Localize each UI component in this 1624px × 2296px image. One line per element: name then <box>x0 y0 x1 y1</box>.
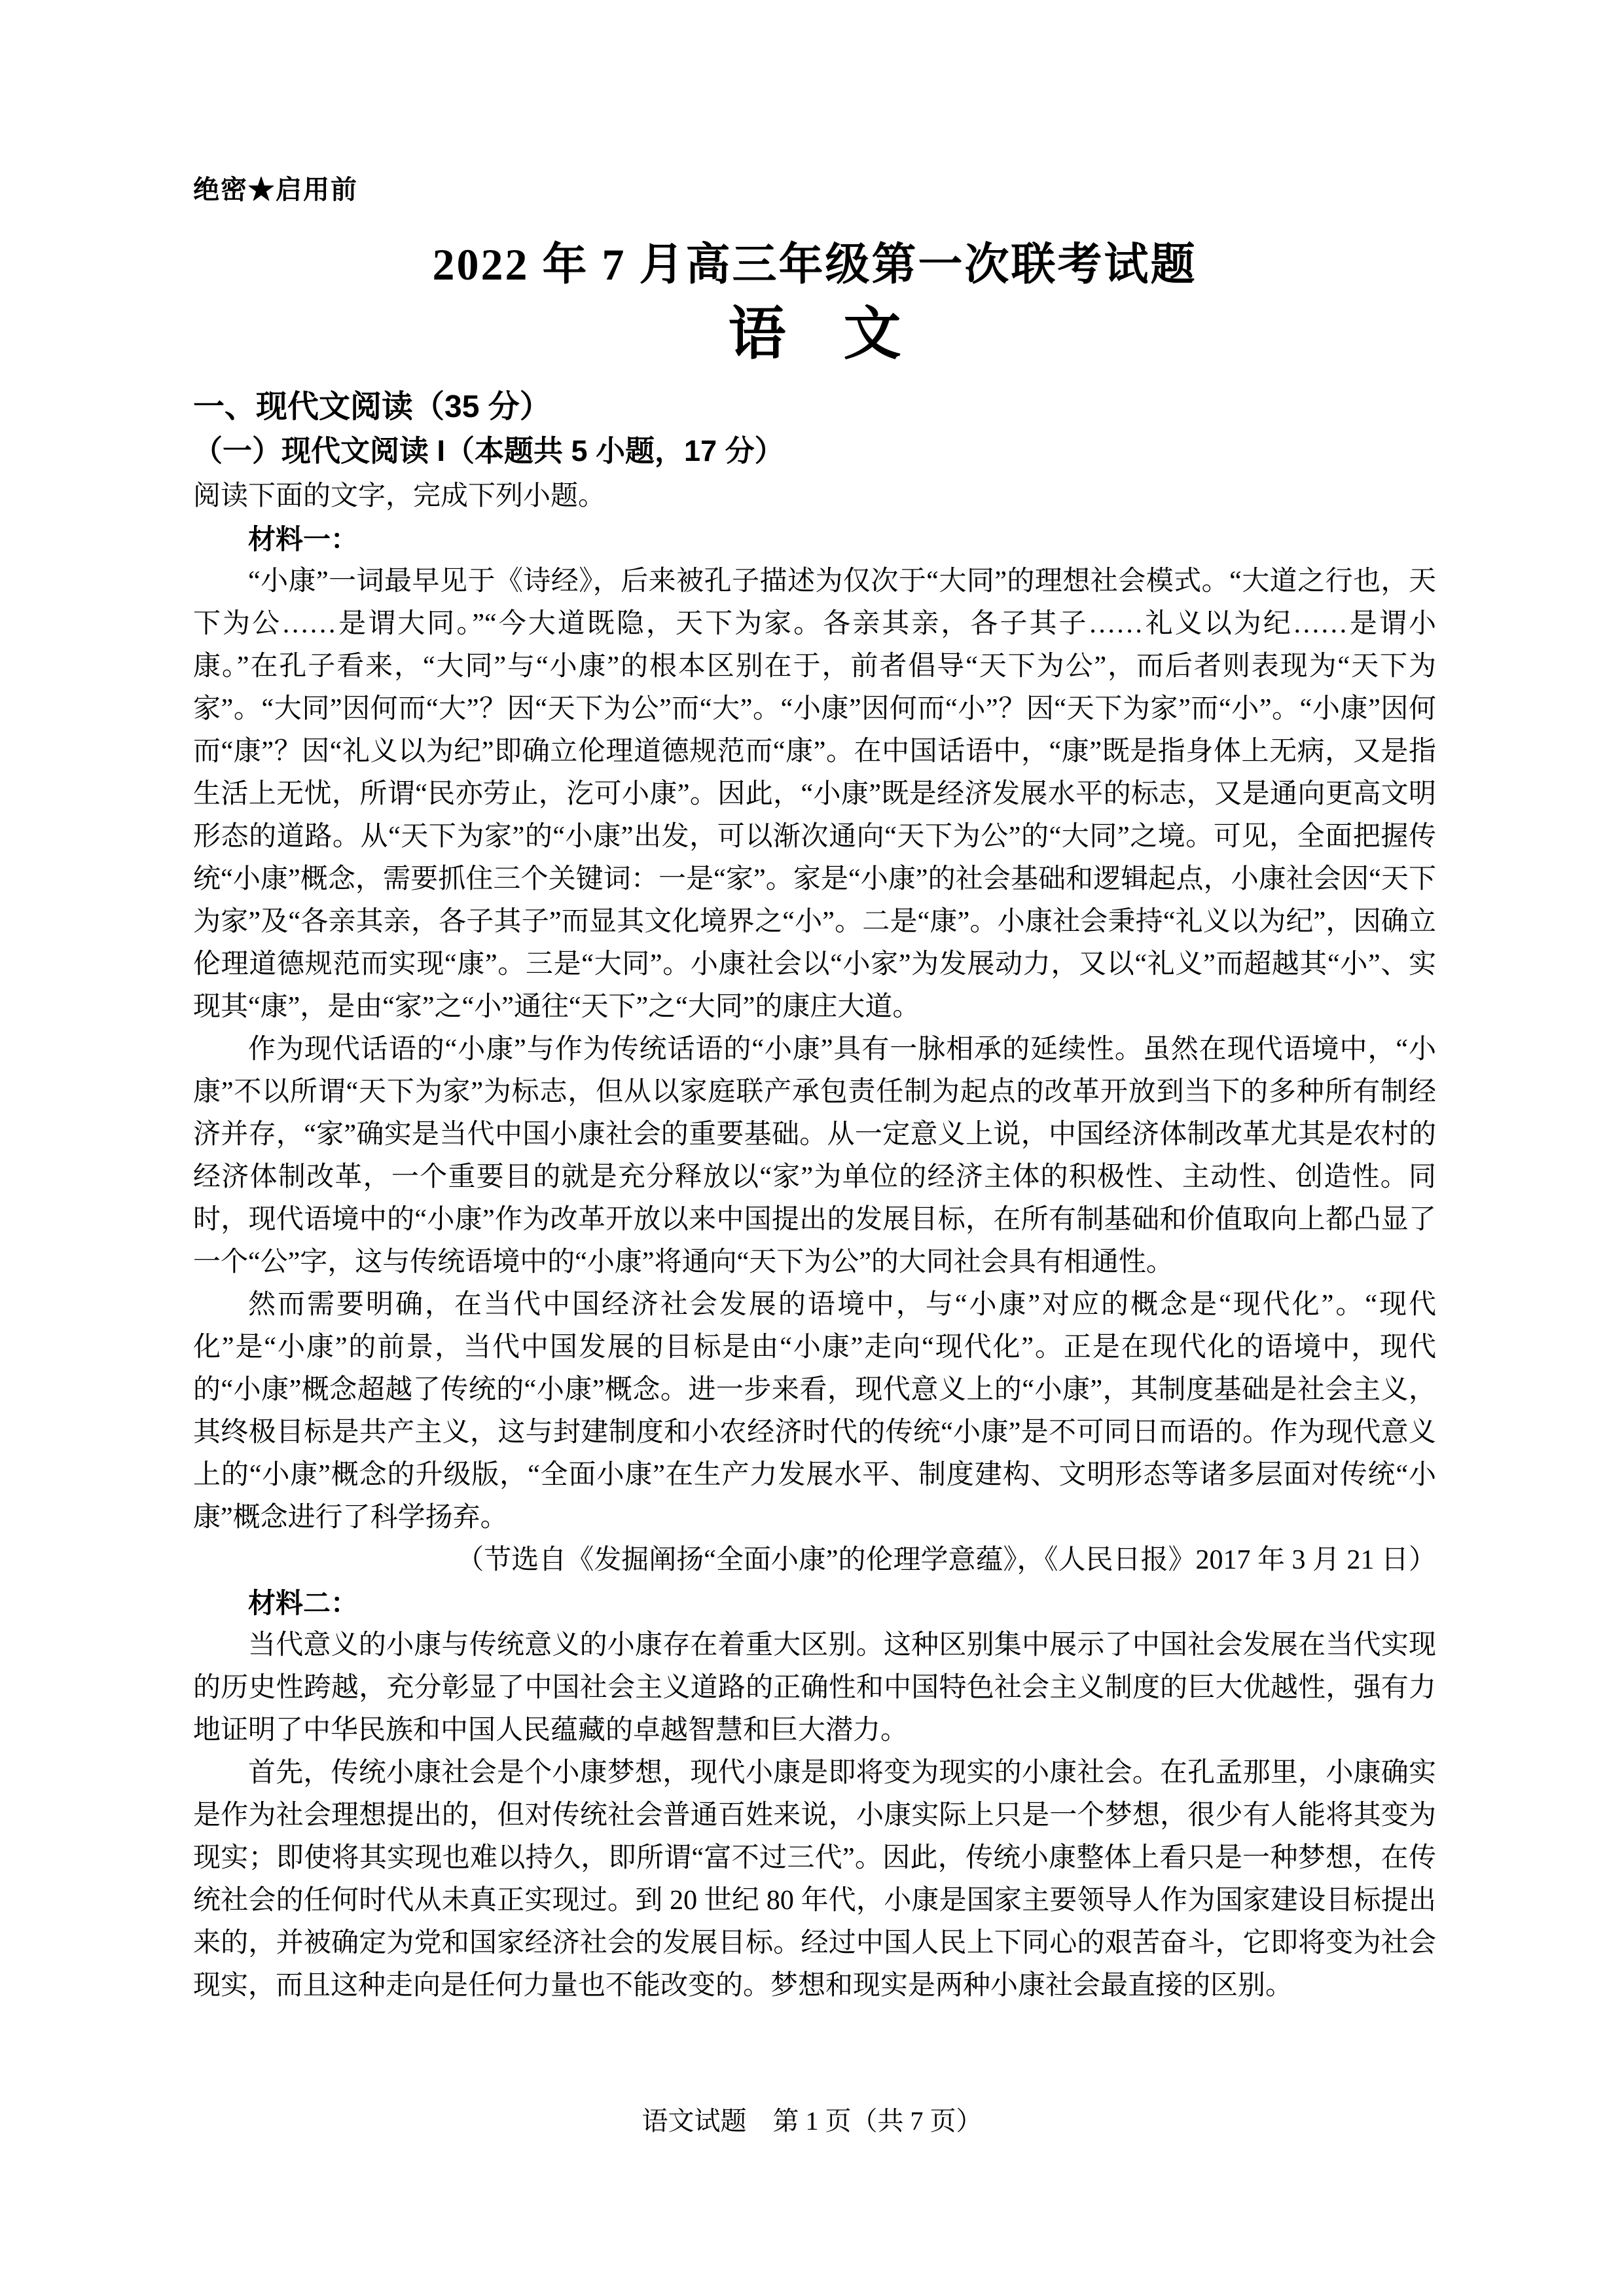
page-footer: 语文试题 第 1 页（共 7 页） <box>0 2107 1624 2136</box>
section-heading-modern-reading: 一、现代文阅读（35 分） <box>193 392 1436 423</box>
exam-page: 绝密★启用前 2022 年 7 月高三年级第一次联考试题 语 文 一、现代文阅读… <box>0 0 1624 2296</box>
material2-label: 材料二： <box>193 1582 1436 1624</box>
classification-marking: 绝密★启用前 <box>193 175 1436 204</box>
material1-paragraph-2: 作为现代话语的“小康”与作为传统话语的“小康”具有一脉相承的延续性。虽然在现代语… <box>193 1029 1436 1284</box>
subject-title: 语 文 <box>193 305 1436 365</box>
subsection-heading-reading-1: （一）现代文阅读 I（本题共 5 小题，17 分） <box>193 436 1436 466</box>
material1-paragraph-3: 然而需要明确，在当代中国经济社会发展的语境中，与“小康”对应的概念是“现代化”。… <box>193 1284 1436 1539</box>
material2-paragraph-2: 首先，传统小康社会是个小康梦想，现代小康是即将变为现实的小康社会。在孔孟那里，小… <box>193 1752 1436 2007</box>
material1-paragraph-1: “小康”一词最早见于《诗经》，后来被孔子描述为仅次于“大同”的理想社会模式。“大… <box>193 560 1436 1029</box>
material2-paragraph-1: 当代意义的小康与传统意义的小康存在着重大区别。这种区别集中展示了中国社会发展在当… <box>193 1624 1436 1752</box>
material1-label: 材料一： <box>193 518 1436 560</box>
exam-title: 2022 年 7 月高三年级第一次联考试题 <box>193 242 1436 287</box>
reading-instruction: 阅读下面的文字，完成下列小题。 <box>193 475 1436 518</box>
material1-citation: （节选自《发掘阐扬“全面小康”的伦理学意蕴》，《人民日报》2017 年 3 月 … <box>193 1539 1436 1582</box>
